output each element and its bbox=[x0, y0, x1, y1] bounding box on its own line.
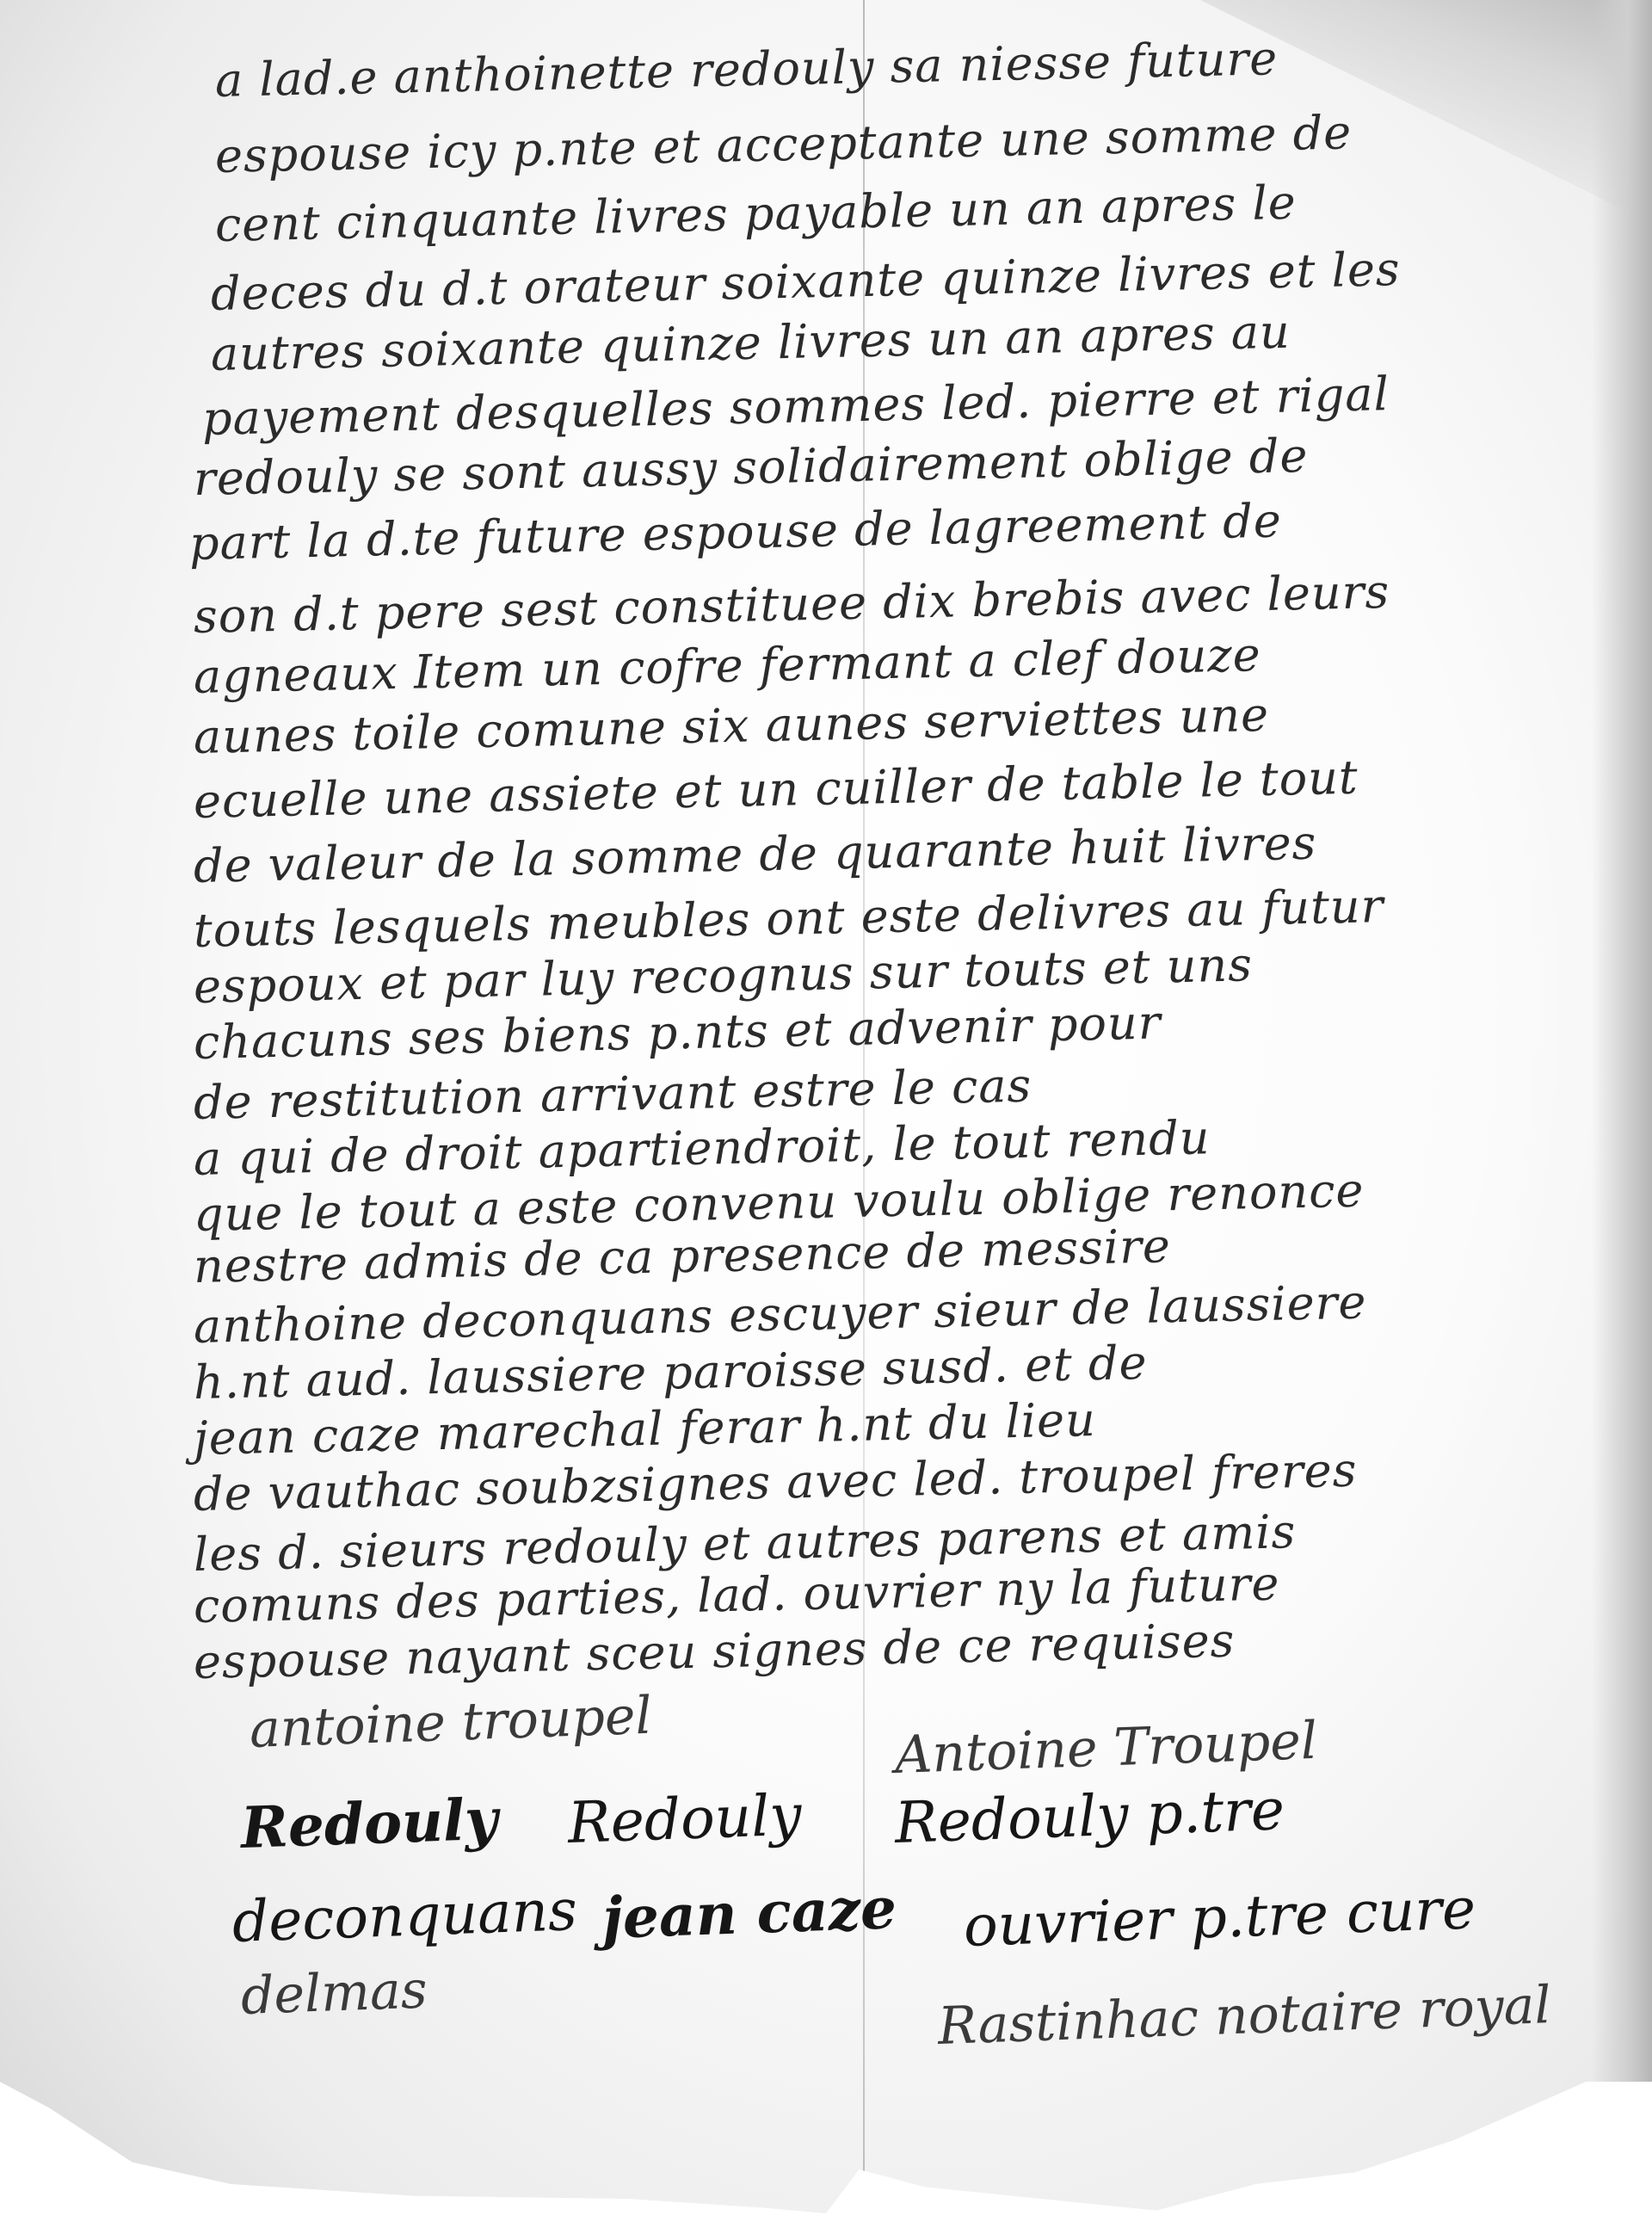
torn-bottom-edge bbox=[0, 2082, 1652, 2228]
body-line: part la d.te future espouse de lagreemen… bbox=[188, 493, 1282, 571]
signature-redouly-2: Redouly bbox=[567, 1782, 803, 1856]
signature-jean-caze: jean caze bbox=[601, 1874, 898, 1952]
manuscript-page: a lad.e anthoinette redouly sa niesse fu… bbox=[0, 0, 1652, 2228]
body-line: espouse icy p.nte et acceptante une somm… bbox=[214, 105, 1352, 183]
body-line: ecuelle une assiete et un cuiller de tab… bbox=[193, 750, 1359, 829]
signature-antoine-troupel: antoine troupel bbox=[249, 1686, 653, 1760]
body-line: cent cinquante livres payable un an apre… bbox=[214, 176, 1297, 252]
signature-redouly-pretre: Redouly p.tre bbox=[894, 1776, 1285, 1856]
signature-delmas: delmas bbox=[240, 1960, 428, 2027]
body-line: de valeur de la somme de quarante huit l… bbox=[193, 816, 1317, 893]
signature-redouly-1: Redouly bbox=[240, 1786, 499, 1861]
page-right-edge-shadow bbox=[1592, 0, 1652, 2228]
signature-notary-rastinhac: Rastinhac notaire royal bbox=[937, 1975, 1552, 2057]
signature-deconquans: deconquans bbox=[231, 1877, 578, 1955]
signature-ouvrier-cure: ouvrier p.tre cure bbox=[963, 1875, 1477, 1960]
signature-antoine-troupel-2: Antoine Troupel bbox=[894, 1711, 1318, 1786]
body-line: a lad.e anthoinette redouly sa niesse fu… bbox=[214, 31, 1278, 108]
